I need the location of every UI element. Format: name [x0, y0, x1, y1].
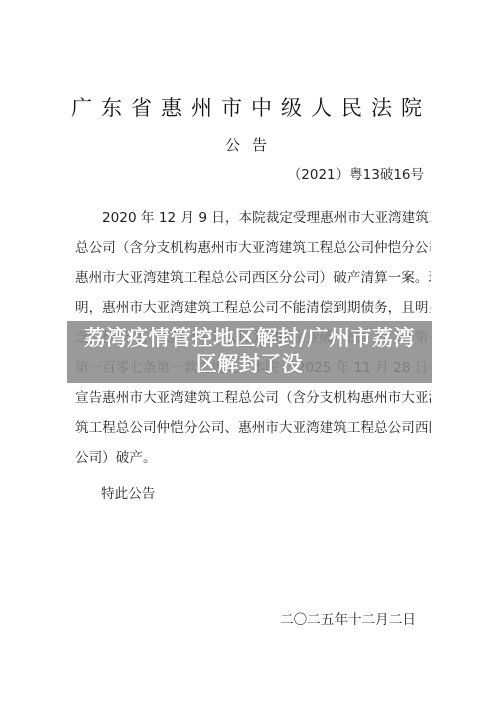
body-line: 2020 年 12 月 9 日，本院裁定受理惠州市大亚湾建筑工程	[75, 203, 431, 233]
closing-statement: 特此公告	[101, 484, 155, 504]
issue-date: 二〇二五年十二月二日	[280, 610, 416, 630]
body-line: 明，惠州市大亚湾建筑工程总公司不能清偿到期债务，且明显缺	[75, 293, 431, 323]
notice-type-heading: 公告	[0, 135, 500, 155]
body-line: 宣告惠州市大亚湾建筑工程总公司（含分支机构惠州市大亚湾建	[75, 383, 431, 413]
body-line: 总公司（含分支机构惠州市大亚湾建筑工程总公司仲恺分公司、	[75, 233, 431, 263]
body-line: 公司）破产。	[75, 443, 431, 473]
overlay-title-banner: 荔湾疫情管控地区解封/广州市荔湾 区解封了没	[67, 321, 432, 383]
document-page: 广东省惠州市中级人民法院 公告 （2021）粤13破16号 2020 年 12 …	[0, 0, 500, 706]
body-line: 惠州市大亚湾建筑工程总公司西区分公司）破产清算一案。现查	[75, 263, 431, 293]
body-line: 筑工程总公司仲恺分公司、惠州市大亚湾建筑工程总公司西区分	[75, 413, 431, 443]
case-number: （2021）粤13破16号	[288, 166, 424, 184]
court-name-heading: 广东省惠州市中级人民法院	[0, 95, 500, 121]
banner-title-line-1: 荔湾疫情管控地区解封/广州市荔湾	[84, 325, 415, 351]
banner-title-line-2: 区解封了没	[196, 351, 304, 377]
